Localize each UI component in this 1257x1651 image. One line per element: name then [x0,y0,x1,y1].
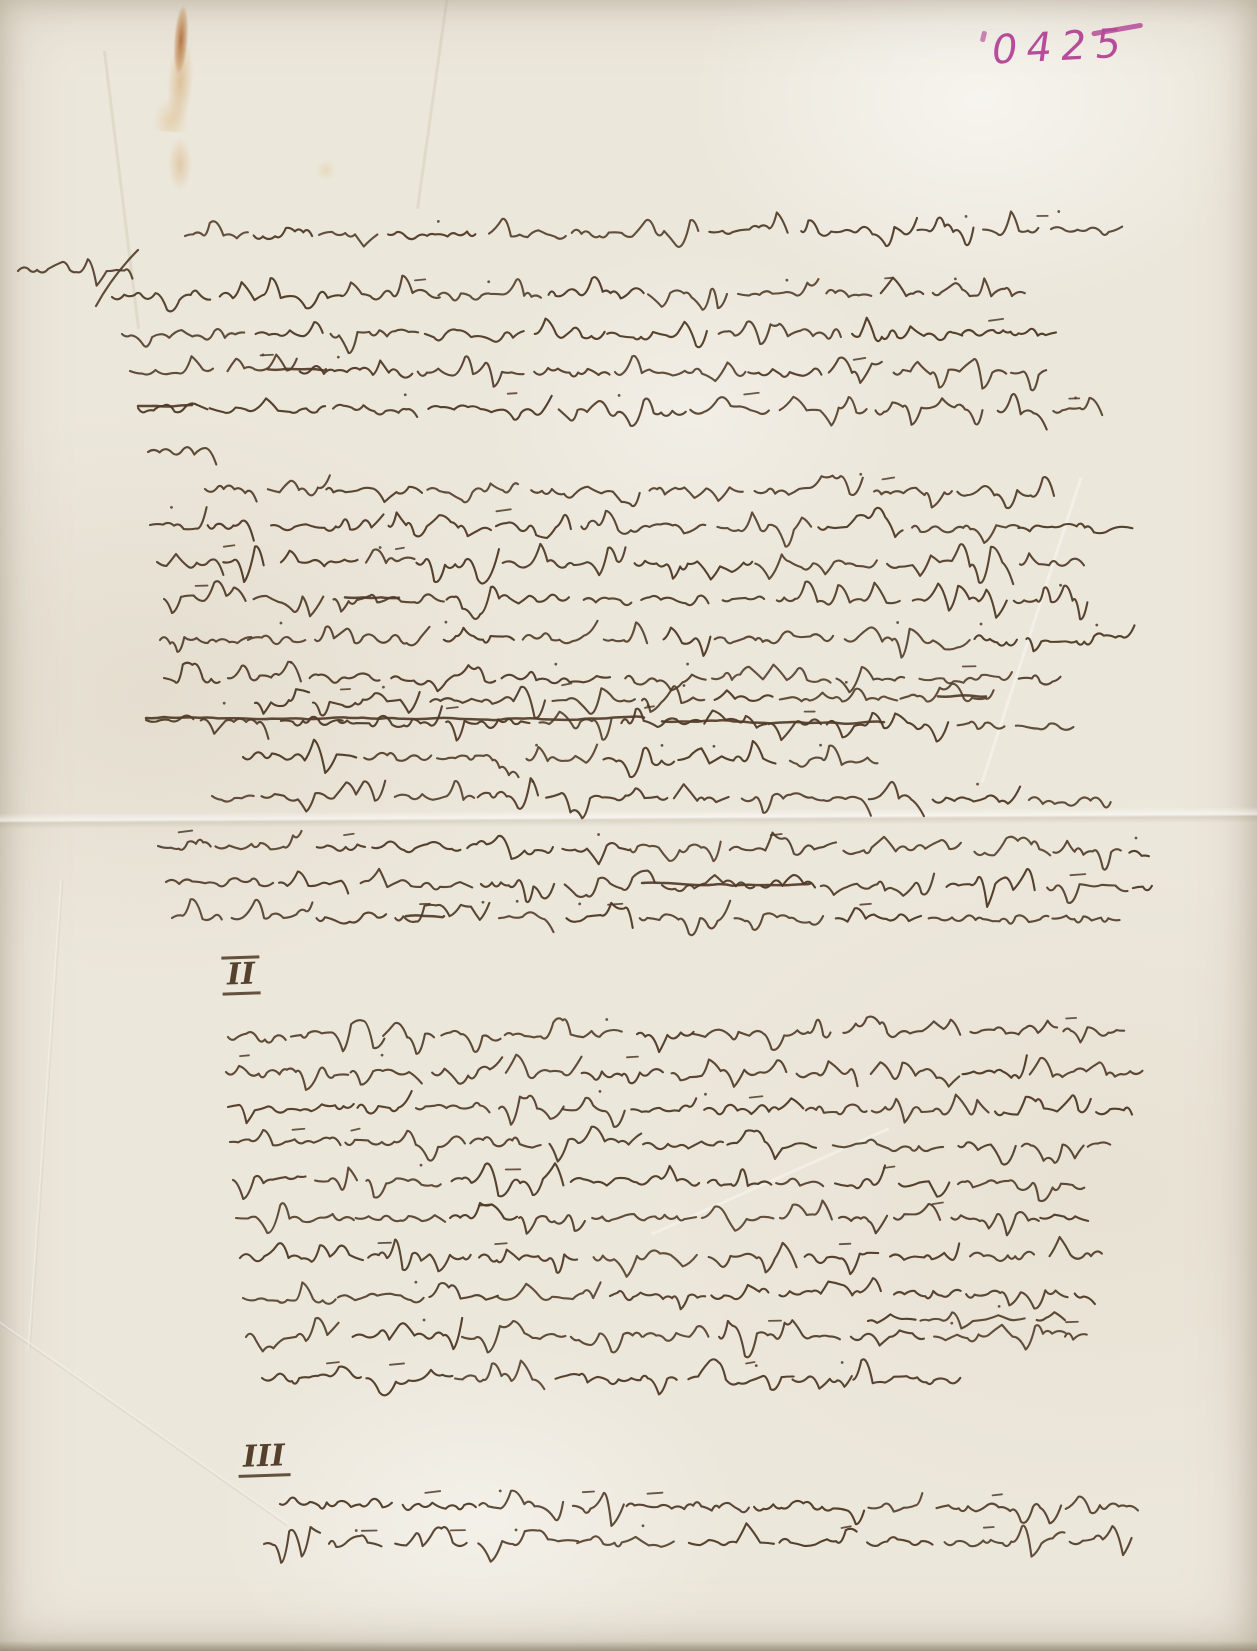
handwriting-line [233,1163,1084,1201]
handwriting-line [148,447,216,464]
handwriting-line [212,778,1111,818]
handwriting-line [122,318,1056,353]
handwriting-line [185,210,1122,247]
handwriting-line [262,1359,960,1395]
handwriting-line [150,506,1132,547]
handwriting-line [18,259,132,286]
handwriting-line [228,1090,1132,1127]
handwriting-line [243,1278,1095,1309]
handwriting-line [226,1054,1143,1090]
handwriting-line [130,353,1046,390]
handwriting-line [243,740,878,777]
handwriting-line [138,393,1102,430]
handwriting-line [172,899,1120,935]
handwriting-line [112,276,1025,312]
handwriting-line [146,702,1073,742]
handwriting-line [157,544,1084,584]
handwriting-line [264,1523,1132,1563]
handwriting-line [280,1490,1138,1526]
handwriting-line [164,661,1061,692]
handwriting-line [164,581,1087,619]
handwriting-line [236,1201,1088,1236]
handwriting-line [160,621,1135,658]
handwriting-line [166,869,1152,907]
handwriting-line [158,831,1149,870]
handwriting-line [230,1127,1110,1165]
handwriting-line [240,1237,1102,1277]
handwriting-layer [0,0,1257,1651]
handwriting-line [255,681,994,718]
handwriting-line [228,1017,1124,1054]
handwriting-line [205,473,1054,508]
manuscript-page: 0425 II III [0,0,1257,1651]
